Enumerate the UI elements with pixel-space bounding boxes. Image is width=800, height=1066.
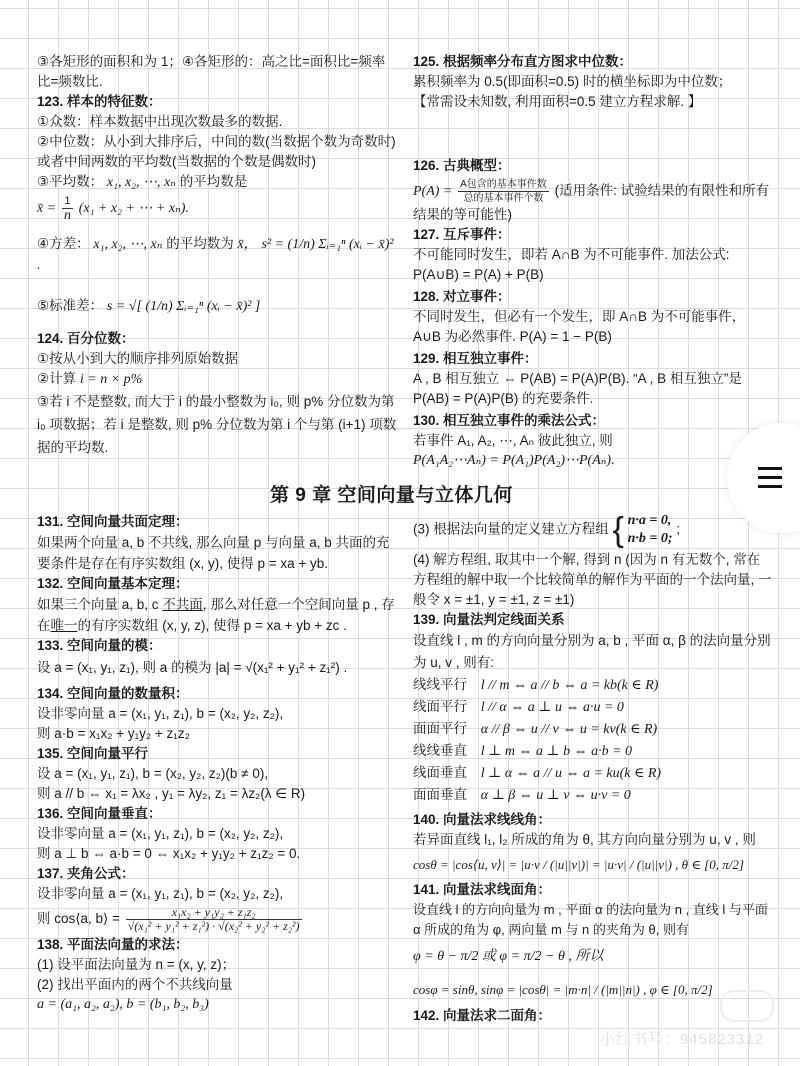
normal-step1: (1) 设平面法向量为 n = (x, y, z)； — [37, 955, 397, 975]
parallel-line1: 设 a = (x₁, y₁, z₁), b = (x₂, y₂, z₂)(b ≠… — [37, 764, 397, 784]
right-column-top: 125. 根据频率分布直方图求中位数： 累积频率为 0.5(即面积=0.5) 时… — [413, 52, 773, 471]
frac-den: √(x₁² + y₁² + z₁²) · √(x₂² + y₂² + z₂²) — [126, 920, 302, 933]
prob-fraction: A包含的基本事件数 总的基本事件个数 — [458, 178, 549, 205]
classical-probability: P(A) = A包含的基本事件数 总的基本事件个数 (适用条件: 试验结果的有限… — [413, 178, 773, 225]
chapter-title: 第 9 章 空间向量与立体几何 — [270, 480, 513, 507]
step3-tail: ; — [676, 522, 680, 537]
relation-formula: l // α ⇔ a ⊥ u ⇔ a·u = 0 — [481, 700, 624, 715]
angle-fraction: x₁x₂ + y₁y₂ + z₁z₂ √(x₁² + y₁² + z₁²) · … — [126, 906, 302, 933]
section-129-title: 129. 相互独立事件： — [413, 349, 773, 369]
section-124-title: 124. 百分位数： — [37, 329, 397, 349]
left-column-bottom: 131. 空间向量共面定理： 如果两个向量 a, b 不共线, 那么向量 p 与… — [37, 512, 397, 1015]
line-angle-line1: 若异面直线 l₁, l₂ 所成的角为 θ, 其方向向量分别为 u, v , 则 — [413, 830, 773, 850]
mean-formula: x̄ = 1 n (x₁ + x₂ + ⋯ + xₙ). — [37, 195, 397, 222]
watermark-logo-icon — [720, 990, 774, 1022]
parallel-line2: 则 a // b ⇔ x₁ = λx₂ , y₁ = λy₂, z₁ = λz₂… — [37, 784, 397, 804]
perpendicular-line2: 则 a ⊥ b ⇔ a·b = 0 ⇔ x₁x₂ + y₁y₂ + z₁z₂ =… — [37, 844, 397, 864]
basis-theorem-body: 如果三个向量 a, b, c 不共面, 那么对任意一个空间向量 p , 存在唯一… — [37, 594, 397, 636]
step3-label: (3) 根据法向量的定义建立方程组 — [413, 522, 609, 537]
section-133-title: 133. 空间向量的模： — [37, 636, 397, 656]
normal-step4: (4) 解方程组, 取其中一个解, 得到 n (因为 n 有无数个, 常在方程组… — [413, 550, 773, 610]
relation-table: 线线平行 l // m ⇔ a // b ⇔ a = kb(k ∈ R) 线面平… — [413, 674, 773, 806]
section-127-title: 127. 互斥事件： — [413, 225, 773, 245]
frac-num: 1 — [62, 195, 73, 209]
section-141-title: 141. 向量法求线面角： — [413, 880, 773, 900]
relation-formula: l // m ⇔ a // b ⇔ a = kb(k ∈ R) — [481, 678, 659, 693]
section-142-title: 142. 向量法求二面角： — [413, 1006, 773, 1026]
section-125-title: 125. 根据频率分布直方图求中位数： — [413, 52, 773, 72]
relation-row: 线面垂直 l ⊥ α ⇔ a // u ⇔ a = ku(k ∈ R) — [413, 762, 773, 784]
dot-product-line1: 设非零向量 a = (x₁, y₁, z₁), b = (x₂, y₂, z₂)… — [37, 704, 397, 724]
normal-step2: (2) 找出平面内的两个不共线向量 — [37, 975, 397, 995]
percentile-step1: ①按从小到大的顺序排列原始数据 — [37, 349, 397, 369]
std-formula: s = √[ (1/n) Σᵢ₌₁ⁿ (xᵢ − x̄)² ] — [107, 299, 261, 314]
relation-row: 线面平行 l // α ⇔ a ⊥ u ⇔ a·u = 0 — [413, 696, 773, 718]
mean-fraction: 1 n — [62, 195, 73, 222]
basis-text-a: 如果三个向量 a, b, c — [37, 597, 162, 612]
line-plane-angle-line2: φ = θ − π/2 或 φ = π/2 − θ , 所以 — [413, 940, 773, 974]
mean-tail: 的平均数是 — [180, 174, 248, 189]
dot-product-line2: 则 a·b = x₁x₂ + y₁y₂ + z₁z₂ — [37, 724, 397, 744]
mean-vars: x₁, x₂, ⋯, xₙ — [107, 175, 176, 190]
median-histogram-line1: 累积频率为 0.5(即面积=0.5) 时的横坐标即为中位数； — [413, 72, 773, 92]
relation-formula: α ⊥ β ⇔ u ⊥ v ⇔ u·v = 0 — [481, 788, 631, 803]
independent-events-body: A , B 相互独立 ⇔ P(AB) = P(A)P(B). “A , B 相互… — [413, 369, 773, 409]
relation-label: 线线平行 — [413, 674, 477, 695]
percentile-step2: ②计算 i = n × p% — [37, 369, 397, 390]
section-134-title: 134. 空间向量的数量积： — [37, 684, 397, 704]
line-angle-formula: cosθ = |cos⟨u, v⟩| = |u·v / (|u||v|)| = … — [413, 850, 773, 880]
section-131-title: 131. 空间向量共面定理： — [37, 512, 397, 532]
frac-den: 总的基本事件个数 — [458, 192, 549, 205]
section-126-title: 126. 古典概型： — [413, 156, 773, 176]
relation-row: 面面平行 α // β ⇔ u // v ⇔ u = kv(k ∈ R) — [413, 718, 773, 740]
relation-formula: l ⊥ α ⇔ a // u ⇔ a = ku(k ∈ R) — [481, 766, 661, 781]
section-137-title: 137. 夹角公式： — [37, 864, 397, 884]
mode-text: ①众数：样本数据中出现次数最多的数据. — [37, 112, 397, 132]
section-135-title: 135. 空间向量平行 — [37, 744, 397, 764]
frac-num: x₁x₂ + y₁y₂ + z₁z₂ — [126, 906, 302, 920]
relation-label: 线面垂直 — [413, 762, 477, 783]
basis-text-c: 的有序实数组 (x, y, z), 使得 p = xa + yb + zc . — [78, 618, 347, 633]
step2-formula: i = n × p% — [80, 372, 142, 387]
frac-num: A包含的基本事件数 — [458, 178, 549, 192]
relation-label: 面面平行 — [413, 718, 477, 739]
variance-mid: 的平均数为 — [166, 236, 234, 251]
relation-row: 线线垂直 l ⊥ m ⇔ a ⊥ b ⇔ a·b = 0 — [413, 740, 773, 762]
variance-text: ④方差： x₁, x₂, ⋯, xₙ 的平均数为 x̄， s² = (1/n) … — [37, 234, 397, 276]
coplanar-theorem-body: 如果两个向量 a, b 不共线, 那么向量 p 与向量 a, b 共面的充要条件… — [37, 532, 397, 574]
relation-formula: α // β ⇔ u // v ⇔ u = kv(k ∈ R) — [481, 722, 657, 737]
line-plane-intro: 设直线 l , m 的方向向量分别为 a, b , 平面 α, β 的法向量分别… — [413, 630, 773, 674]
underline-unique: 唯一 — [51, 618, 78, 633]
median-histogram-line2: 【常需设未知数, 利用面积=0.5 建立方程求解. 】 — [413, 92, 773, 112]
complementary-events-body: 不同时发生，但必有一个发生，即 A∩B 为不可能事件，A∪B 为必然事件. P(… — [413, 307, 773, 347]
section-130-title: 130. 相互独立事件的乘法公式： — [413, 411, 773, 431]
mean-rhs: (x₁ + x₂ + ⋯ + xₙ). — [79, 201, 189, 216]
section-136-title: 136. 空间向量垂直： — [37, 804, 397, 824]
relation-row: 面面垂直 α ⊥ β ⇔ u ⊥ v ⇔ u·v = 0 — [413, 784, 773, 806]
normal-step2-vectors: a = (a₁, a₂, a₂), b = (b₁, b₂, b₃) — [37, 995, 397, 1015]
relation-row: 线线平行 l // m ⇔ a // b ⇔ a = kb(k ∈ R) — [413, 674, 773, 696]
variance-vars: x₁, x₂, ⋯, xₙ — [93, 237, 162, 252]
frac-den: n — [62, 209, 73, 222]
multiplication-line1: 若事件 A₁, A₂, ⋯, Aₙ 彼此独立, 则 — [413, 431, 773, 451]
prob-lhs: P(A) = — [413, 184, 452, 199]
brace-symbol: { — [613, 513, 624, 547]
normal-step3: (3) 根据法向量的定义建立方程组 { n·a = 0, n·b = 0; ; — [413, 512, 773, 548]
section-139-title: 139. 向量法判定线面关系 — [413, 610, 773, 630]
section-128-title: 128. 对立事件： — [413, 287, 773, 307]
perpendicular-line1: 设非零向量 a = (x₁, y₁, z₁), b = (x₂, y₂, z₂)… — [37, 824, 397, 844]
section-140-title: 140. 向量法求线线角： — [413, 810, 773, 830]
multiplication-line2: P(A₁A₂⋯Aₙ) = P(A₁)P(A₂)⋯P(Aₙ). — [413, 451, 773, 471]
histogram-properties-text: ③各矩形的面积和为 1；④各矩形的：高之比=面积比=频率比=频数比. — [37, 52, 397, 92]
right-column-bottom: (3) 根据法向量的定义建立方程组 { n·a = 0, n·b = 0; ; … — [413, 512, 773, 1026]
equation-1: n·a = 0, — [628, 512, 673, 530]
equation-system: n·a = 0, n·b = 0; — [628, 512, 673, 548]
angle-line1: 设非零向量 a = (x₁, y₁, z₁), b = (x₂, y₂, z₂)… — [37, 884, 397, 904]
median-text: ②中位数：从小到大排序后，中间的数(当数据个数为奇数时)或者中间两数的平均数(当… — [37, 132, 397, 172]
relation-label: 线面平行 — [413, 696, 477, 717]
variance-xbar: x̄， — [237, 237, 257, 252]
angle-formula: 则 cos⟨a, b⟩ = x₁x₂ + y₁y₂ + z₁z₂ √(x₁² +… — [37, 906, 397, 933]
angle-prefix: 则 cos⟨a, b⟩ = — [37, 911, 120, 926]
magnitude-body: 设 a = (x₁, y₁, z₁), 则 a 的模为 |a| = √(x₁² … — [37, 656, 397, 680]
watermark-text: 小红书号：945823312 — [600, 1028, 764, 1049]
mean-text: ③平均数： x₁, x₂, ⋯, xₙ 的平均数是 — [37, 172, 397, 193]
relation-label: 线线垂直 — [413, 740, 477, 761]
underline-not-coplanar: 不共面 — [162, 597, 203, 612]
relation-label: 面面垂直 — [413, 784, 477, 805]
section-123-title: 123. 样本的特征数： — [37, 92, 397, 112]
line-plane-angle-line3: cosφ = sinθ, sinφ = |cosθ| = |m·n| / (|m… — [413, 974, 773, 1006]
left-column-top: ③各矩形的面积和为 1；④各矩形的：高之比=面积比=频率比=频数比. 123. … — [37, 52, 397, 459]
section-132-title: 132. 空间向量基本定理： — [37, 574, 397, 594]
mean-lhs: x̄ = — [37, 201, 56, 216]
mean-label: ③平均数： — [37, 174, 103, 189]
percentile-step3: ③若 i 不是整数, 而大于 i 的最小整数为 i₀, 则 p% 分位数为第 i… — [37, 390, 397, 459]
variance-label: ④方差： — [37, 236, 90, 251]
line-plane-angle-line1: 设直线 l 的方向向量为 m , 平面 α 的法向量为 n , 直线 l 与平面… — [413, 900, 773, 940]
equation-2: n·b = 0; — [628, 530, 673, 548]
section-138-title: 138. 平面法向量的求法： — [37, 935, 397, 955]
std-text: ⑤标准差： s = √[ (1/n) Σᵢ₌₁ⁿ (xᵢ − x̄)² ] — [37, 296, 397, 317]
std-label: ⑤标准差： — [37, 298, 103, 313]
step2-label: ②计算 — [37, 371, 76, 386]
relation-formula: l ⊥ m ⇔ a ⊥ b ⇔ a·b = 0 — [481, 744, 632, 759]
exclusive-events-body: 不可能同时发生，即若 A∩B 为不可能事件. 加法公式: P(A∪B) = P(… — [413, 245, 773, 285]
